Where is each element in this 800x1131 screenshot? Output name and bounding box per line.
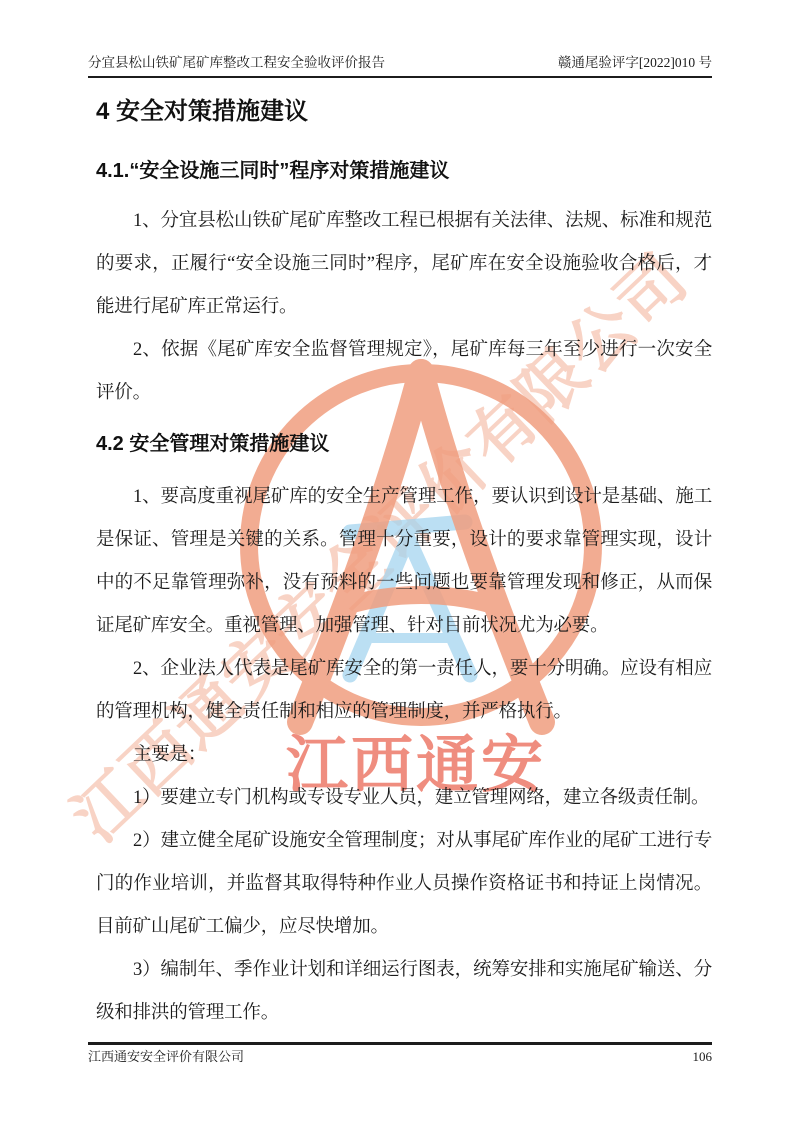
section-4-2-paragraph: 2、企业法人代表是尾矿库安全的第一责任人，要十分明确。应设有相应的管理机构，健全… bbox=[96, 648, 712, 734]
report-page: 江西通安安全评价有限公司 江西通安 分宜县松山铁矿尾矿库整改工程安全验收评价报告… bbox=[0, 0, 800, 1131]
section-4-1-paragraph: 2、依据《尾矿库安全监督管理规定》，尾矿库每三年至少进行一次安全评价。 bbox=[96, 329, 712, 415]
chapter-title: 4 安全对策措施建议 bbox=[96, 94, 712, 130]
section-4-2-list-item: 1）要建立专门机构或专设专业人员，建立管理网络，建立各级责任制。 bbox=[96, 777, 712, 820]
section-4-2-list-item: 3）编制年、季作业计划和详细运行图表，统筹安排和实施尾矿输送、分级和排洪的管理工… bbox=[96, 949, 712, 1035]
page-header: 分宜县松山铁矿尾矿库整改工程安全验收评价报告 赣通尾验评字[2022]010 号 bbox=[88, 55, 712, 78]
header-doc-number: 赣通尾验评字[2022]010 号 bbox=[558, 55, 712, 71]
section-4-2-list-item: 2）建立健全尾矿设施安全管理制度；对从事尾矿库作业的尾矿工进行专门的作业培训，并… bbox=[96, 820, 712, 949]
footer-page-number: 106 bbox=[693, 1049, 713, 1065]
section-4-2-paragraph: 主要是： bbox=[96, 734, 712, 777]
section-4-1-paragraph: 1、分宜县松山铁矿尾矿库整改工程已根据有关法律、法规、标准和规范的要求，正履行“… bbox=[96, 200, 712, 329]
header-report-title: 分宜县松山铁矿尾矿库整改工程安全验收评价报告 bbox=[88, 55, 385, 71]
footer-company-name: 江西通安安全评价有限公司 bbox=[88, 1049, 244, 1065]
section-4-2-paragraph: 1、要高度重视尾矿库的安全生产管理工作，要认识到设计是基础、施工是保证、管理是关… bbox=[96, 476, 712, 648]
section-4-2-heading: 4.2 安全管理对策措施建议 bbox=[96, 429, 712, 459]
page-footer: 江西通安安全评价有限公司 106 bbox=[88, 1042, 712, 1065]
document-body: 4 安全对策措施建议 4.1.“安全设施三同时”程序对策措施建议 1、分宜县松山… bbox=[96, 94, 712, 1035]
section-4-1-heading: 4.1.“安全设施三同时”程序对策措施建议 bbox=[96, 156, 712, 186]
